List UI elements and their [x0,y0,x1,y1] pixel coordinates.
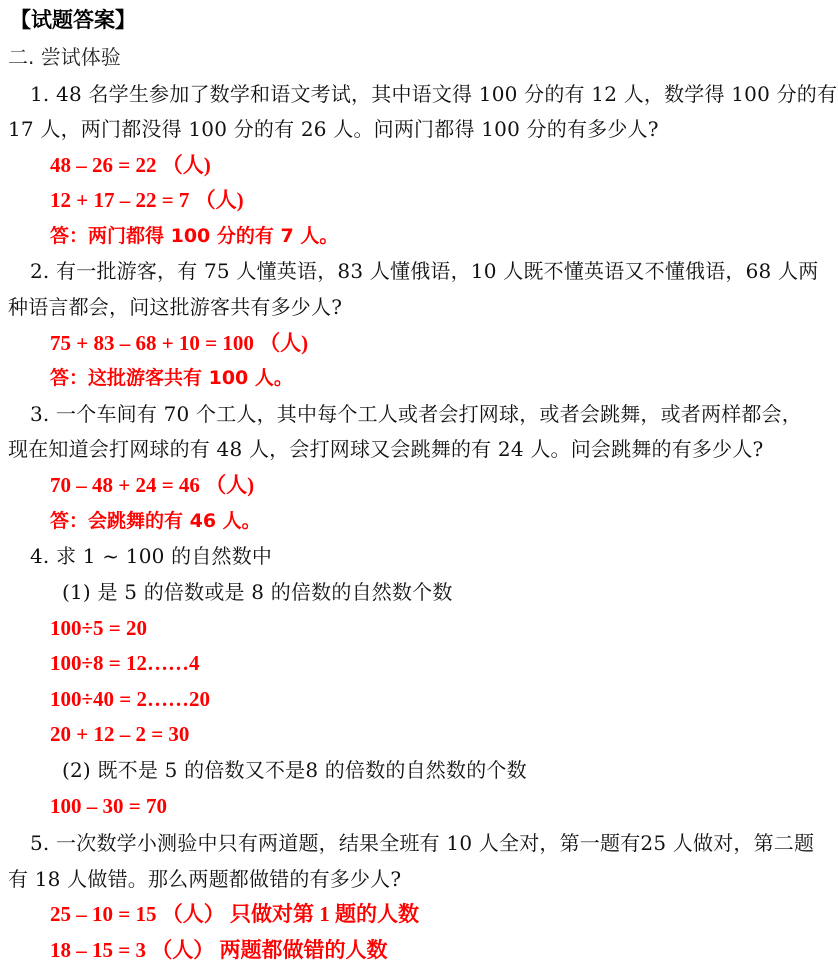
question-text-line: 3. 一个车间有 70 个工人，其中每个工人或者会打网球，或者会跳舞，或者两样都… [30,396,802,432]
question-text-line: 种语言都会，问这批游客共有多少人? [8,289,342,325]
section-title: 二. 尝试体验 [8,39,121,75]
question-text-line: 5. 一次数学小测验中只有两道题，结果全班有 10 人全对，第一题有25 人做对… [30,825,814,861]
answer-line: 100 – 30 = 70 [50,788,167,824]
question-text-line: 现在知道会打网球的有 48 人，会打网球又会跳舞的有 24 人。问会跳舞的有多少… [8,431,763,467]
answer-line: 100÷8 = 12……4 [50,645,200,681]
sub-question-label: (2) 既不是 5 的倍数又不是8 的倍数的自然数的个数 [62,752,527,788]
question-text-line: 1. 48 名学生参加了数学和语文考试，其中语文得 100 分的有 12 人，数… [30,76,837,112]
answer-line: 18 – 15 = 3 （人） 两题都做错的人数 [50,932,387,968]
question-text-line: 有 18 人做错。那么两题都做错的有多少人? [8,861,401,897]
answer-line: 12 + 17 – 22 = 7 （人) [50,182,244,218]
page-heading: 【试题答案】 [10,2,136,38]
question-text-line: 4. 求 1 ~ 100 的自然数中 [30,538,272,574]
answer-line: 25 – 10 = 15 （人） 只做对第 1 题的人数 [50,896,419,932]
answer-sheet-page: 【试题答案】 二. 尝试体验 1. 48 名学生参加了数学和语文考试，其中语文得… [0,0,838,972]
question-text-line: 17 人，两门都没得 100 分的有 26 人。问两门都得 100 分的有多少人… [8,111,659,147]
answer-line: 100÷40 = 2……20 [50,681,210,717]
question-text-line: 2. 有一批游客，有 75 人懂英语，83 人懂俄语，10 人既不懂英语又不懂俄… [30,253,818,289]
answer-line: 48 – 26 = 22 （人) [50,147,211,183]
answer-conclusion: 答：两门都得 100 分的有 7 人。 [50,218,338,254]
answer-line: 75 + 83 – 68 + 10 = 100 （人) [50,325,308,361]
answer-line: 100÷5 = 20 [50,610,147,646]
answer-line: 20 + 12 – 2 = 30 [50,716,189,752]
answer-line: 70 – 48 + 24 = 46 （人) [50,467,254,503]
answer-conclusion: 答：这批游客共有 100 人。 [50,360,293,396]
sub-question-label: (1) 是 5 的倍数或是 8 的倍数的自然数个数 [62,574,453,610]
answer-conclusion: 答：会跳舞的有 46 人。 [50,503,261,539]
